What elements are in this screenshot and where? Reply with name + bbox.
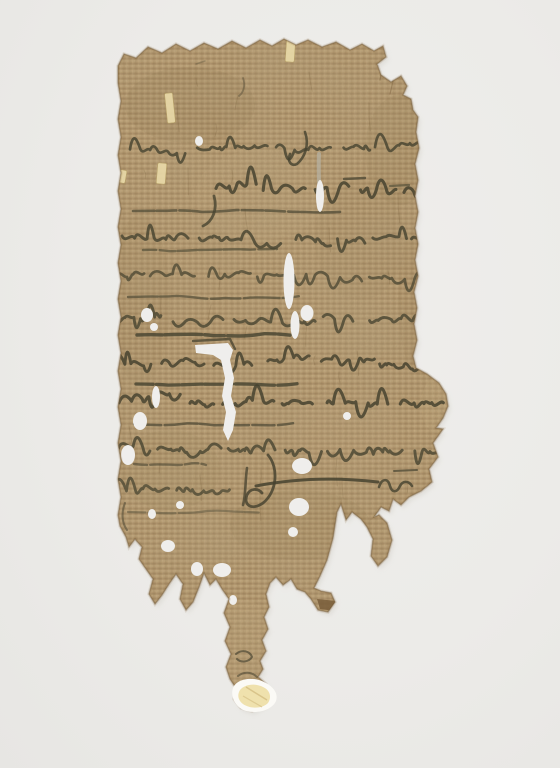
papyrus-hole — [288, 527, 298, 537]
papyrus-hole — [195, 136, 203, 146]
papyrus-hole — [213, 563, 231, 577]
papyrus-hole — [343, 412, 351, 420]
papyrus-hole — [152, 386, 160, 408]
papyrus-hole — [141, 308, 153, 322]
ink-mark — [344, 178, 365, 179]
papyrus-hole — [121, 445, 135, 465]
papyrus-hole — [301, 305, 314, 321]
repair-tape-strip — [156, 163, 167, 185]
papyrus-hole — [133, 412, 147, 430]
papyrus-hole — [291, 311, 300, 339]
papyrus-hole — [150, 323, 158, 331]
papyrus-hole — [316, 180, 324, 212]
papyrus-hole — [289, 498, 309, 516]
papyrus-hole — [284, 253, 295, 309]
papyrus-hole — [176, 501, 184, 509]
papyrus-hole — [292, 458, 312, 474]
ruled-stroke — [136, 384, 297, 386]
ink-mark — [390, 185, 409, 186]
fiber-crack — [407, 478, 408, 492]
ink-mark — [394, 470, 417, 471]
photo-canvas — [0, 0, 560, 768]
papyrus-hole — [148, 509, 156, 519]
papyrus-hole — [161, 540, 175, 552]
papyrus-hole — [191, 562, 203, 576]
papyrus-photo — [0, 0, 560, 768]
